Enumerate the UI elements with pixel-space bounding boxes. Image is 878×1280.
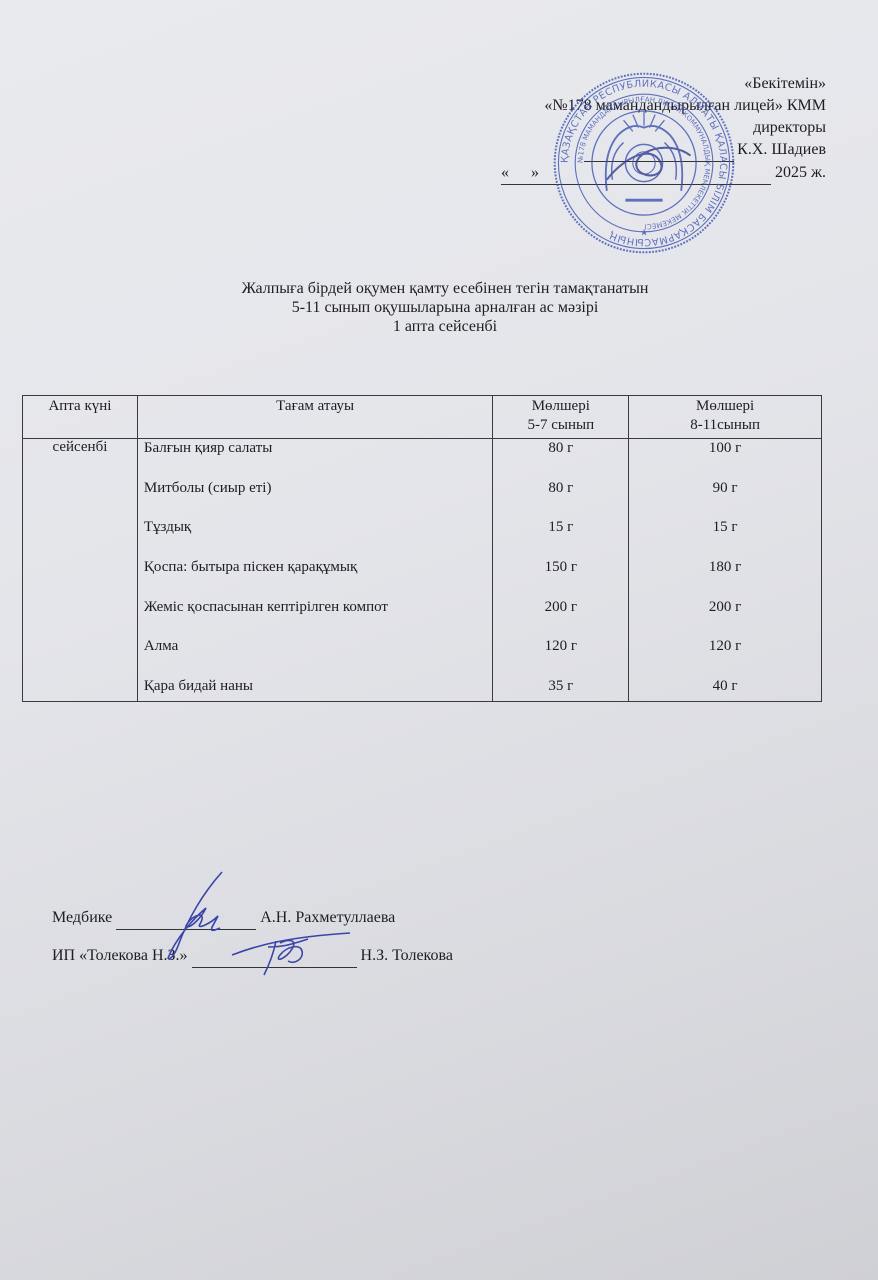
header-day: Апта күні: [23, 396, 138, 439]
dish-name: Митболы (сиыр еті): [138, 479, 492, 519]
signatures-block: Медбике А.Н. Рахметуллаева ИП «Толекова …: [52, 907, 453, 983]
title-line-3: 1 апта сейсенбі: [0, 317, 878, 336]
title-line-2: 5-11 сынып оқушыларына арналған ас мәзір…: [0, 298, 878, 317]
qty-8-11: 100 г: [629, 439, 821, 479]
supplier-signature-line: [192, 945, 357, 968]
svg-text:ҚАЗАҚСТАН РЕСПУБЛИКАСЫ АЛМАТЫ: ҚАЗАҚСТАН РЕСПУБЛИКАСЫ АЛМАТЫ ҚАЛАСЫ БІЛ…: [560, 79, 729, 248]
day-cell: сейсенбі: [23, 439, 138, 702]
official-stamp-icon: ҚАЗАҚСТАН РЕСПУБЛИКАСЫ АЛМАТЫ ҚАЛАСЫ БІЛ…: [551, 70, 737, 256]
menu-table: Апта күні Тағам атауы Мөлшері 5-7 сынып …: [22, 395, 822, 702]
dish-name: Тұздық: [138, 518, 492, 558]
document-title: Жалпыға бірдей оқумен қамту есебінен тег…: [0, 279, 878, 336]
dish-name: Жеміс қоспасынан кептірілген компот: [138, 598, 492, 638]
qty-5-7: 80 г: [493, 439, 628, 479]
header-qty-8-11: Мөлшері 8-11сынып: [629, 396, 822, 439]
approval-year: 2025 ж.: [775, 164, 826, 181]
qty-5-7: 80 г: [493, 479, 628, 519]
qty-8-11: 120 г: [629, 637, 821, 677]
document-page: «Бекітемін» «№178 мамандандырылған лицей…: [0, 0, 878, 1280]
supplier-label: ИП «Толекова Н.З.»: [52, 947, 188, 964]
director-name: К.Х. Шадиев: [737, 141, 826, 158]
qty-8-11: 15 г: [629, 518, 821, 558]
qty-5-7: 120 г: [493, 637, 628, 677]
qty-8-11-list: 100 г 90 г 15 г 180 г 200 г 120 г 40 г: [629, 439, 822, 702]
supplier-signature-row: ИП «Толекова Н.З.» Н.З. Толекова: [52, 945, 453, 983]
qty-5-7: 200 г: [493, 598, 628, 638]
qty-5-7: 150 г: [493, 558, 628, 598]
qty-8-11: 40 г: [629, 677, 821, 701]
dish-list: Балғын қияр салаты Митболы (сиыр еті) Тұ…: [137, 439, 492, 702]
nurse-signature-row: Медбике А.Н. Рахметуллаева: [52, 907, 453, 945]
qty-5-7: 35 г: [493, 677, 628, 701]
qty-5-7-list: 80 г 80 г 15 г 150 г 200 г 120 г 35 г: [493, 439, 629, 702]
dish-name: Балғын қияр салаты: [138, 439, 492, 479]
dish-name: Алма: [138, 637, 492, 677]
table-header-row: Апта күні Тағам атауы Мөлшері 5-7 сынып …: [23, 396, 822, 439]
header-dish: Тағам атауы: [137, 396, 492, 439]
qty-5-7: 15 г: [493, 518, 628, 558]
qty-8-11: 90 г: [629, 479, 821, 519]
svg-text:★: ★: [640, 229, 648, 239]
table-row: сейсенбі Балғын қияр салаты Митболы (сиы…: [23, 439, 822, 702]
header-qty-5-7: Мөлшері 5-7 сынып: [493, 396, 629, 439]
supplier-name: Н.З. Толекова: [361, 947, 453, 964]
nurse-signature-line: [116, 907, 256, 930]
nurse-name: А.Н. Рахметуллаева: [260, 909, 395, 926]
title-line-1: Жалпыға бірдей оқумен қамту есебінен тег…: [0, 279, 878, 298]
nurse-label: Медбике: [52, 909, 112, 926]
qty-8-11: 180 г: [629, 558, 821, 598]
dish-name: Қоспа: бытыра піскен қарақұмық: [138, 558, 492, 598]
dish-name: Қара бидай наны: [138, 677, 492, 701]
qty-8-11: 200 г: [629, 598, 821, 638]
